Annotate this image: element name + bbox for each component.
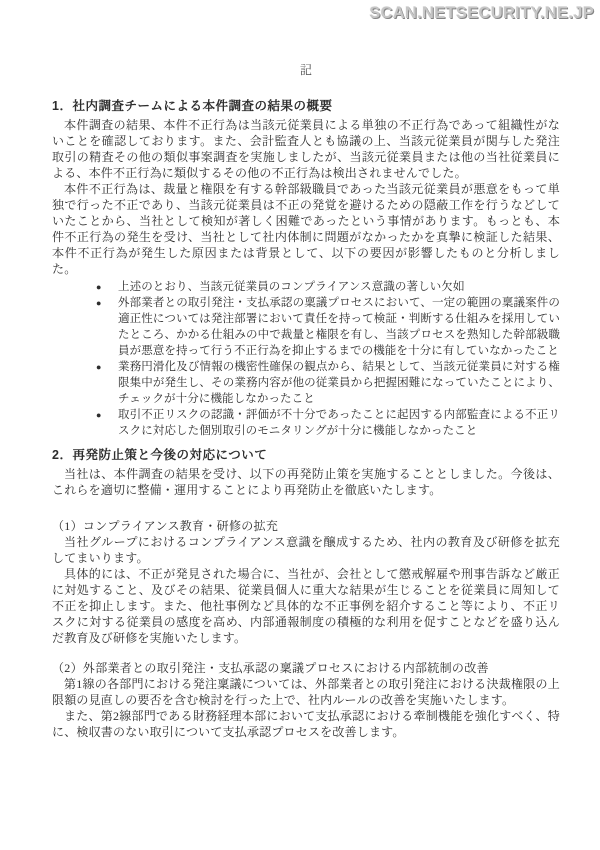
record-mark: 記 [52,62,560,78]
subsection-1-paragraph-2: 具体的には、不正が発見された場合に、当社が、会社として懲戒解雇や刑事告訴など厳正… [52,566,560,646]
list-item: ● 上述のとおり、当該元従業員のコンプライアンス意識の著しい欠如 [96,279,560,295]
document-content: 記 1．社内調査チームによる本件調査の結果の概要 本件調査の結果、本件不正行為は… [52,62,560,740]
list-item-text: 上述のとおり、当該元従業員のコンプライアンス意識の著しい欠如 [118,279,560,295]
subsection-1-paragraph-1: 当社グループにおけるコンプライアンス意識を醸成するため、社内の教育及び研修を拡充… [52,534,560,566]
cause-factor-list: ● 上述のとおり、当該元従業員のコンプライアンス意識の著しい欠如 ● 外部業者と… [52,279,560,439]
section-2-intro-paragraph: 当社は、本件調査の結果を受け、以下の再発防止策を実施することとしました。今後は、… [52,466,560,498]
list-item: ● 業務円滑化及び情報の機密性確保の観点から、結果として、当該元従業員に対する権… [96,359,560,407]
section-1-heading: 1．社内調査チームによる本件調査の結果の概要 [52,98,560,114]
bullet-icon: ● [96,295,118,311]
subsection-compliance-training: （1）コンプライアンス教育・研修の拡充 当社グループにおけるコンプライアンス意識… [52,518,560,646]
subsection-internal-control: （2）外部業者との取引発注・支払承認の稟議プロセスにおける内部統制の改善 第1線… [52,660,560,740]
bullet-icon: ● [96,407,118,423]
section-prevention-measures: 2．再発防止策と今後の対応について 当社は、本件調査の結果を受け、以下の再発防止… [52,447,560,740]
list-item: ● 外部業者との取引発注・支払承認の稟議プロセスにおいて、一定の範囲の稟議案件の… [96,295,560,359]
bullet-icon: ● [96,359,118,375]
list-item: ● 取引不正リスクの認識・評価が不十分であったことに起因する内部監査による不正リ… [96,407,560,439]
subsection-2-paragraph-2: また、第2線部門である財務経理本部において支払承認における牽制機能を強化すべく、… [52,708,560,740]
section-2-heading: 2．再発防止策と今後の対応について [52,447,560,463]
subsection-2-heading: （2）外部業者との取引発注・支払承認の稟議プロセスにおける内部統制の改善 [52,660,560,676]
list-item-text: 業務円滑化及び情報の機密性確保の観点から、結果として、当該元従業員に対する権限集… [118,359,560,407]
bullet-icon: ● [96,279,118,295]
site-watermark: SCAN.NETSECURITY.NE.JP [369,4,594,23]
scanned-document-page: SCAN.NETSECURITY.NE.JP 記 1．社内調査チームによる本件調… [0,0,600,850]
section-1-paragraph-1: 本件調査の結果、本件不正行為は当該元従業員による単独の不正行為であって組織性がな… [52,117,560,181]
list-item-text: 取引不正リスクの認識・評価が不十分であったことに起因する内部監査による不正リスク… [118,407,560,439]
section-investigation-results: 1．社内調査チームによる本件調査の結果の概要 本件調査の結果、本件不正行為は当該… [52,98,560,439]
subsection-1-heading: （1）コンプライアンス教育・研修の拡充 [52,518,560,534]
section-1-paragraph-2: 本件不正行為は、裁量と権限を有する幹部級職員であった当該元従業員が悪意をもって単… [52,181,560,277]
subsection-2-paragraph-1: 第1線の各部門における発注稟議については、外部業者との取引発注における決裁権限の… [52,676,560,708]
list-item-text: 外部業者との取引発注・支払承認の稟議プロセスにおいて、一定の範囲の稟議案件の適正… [118,295,560,359]
